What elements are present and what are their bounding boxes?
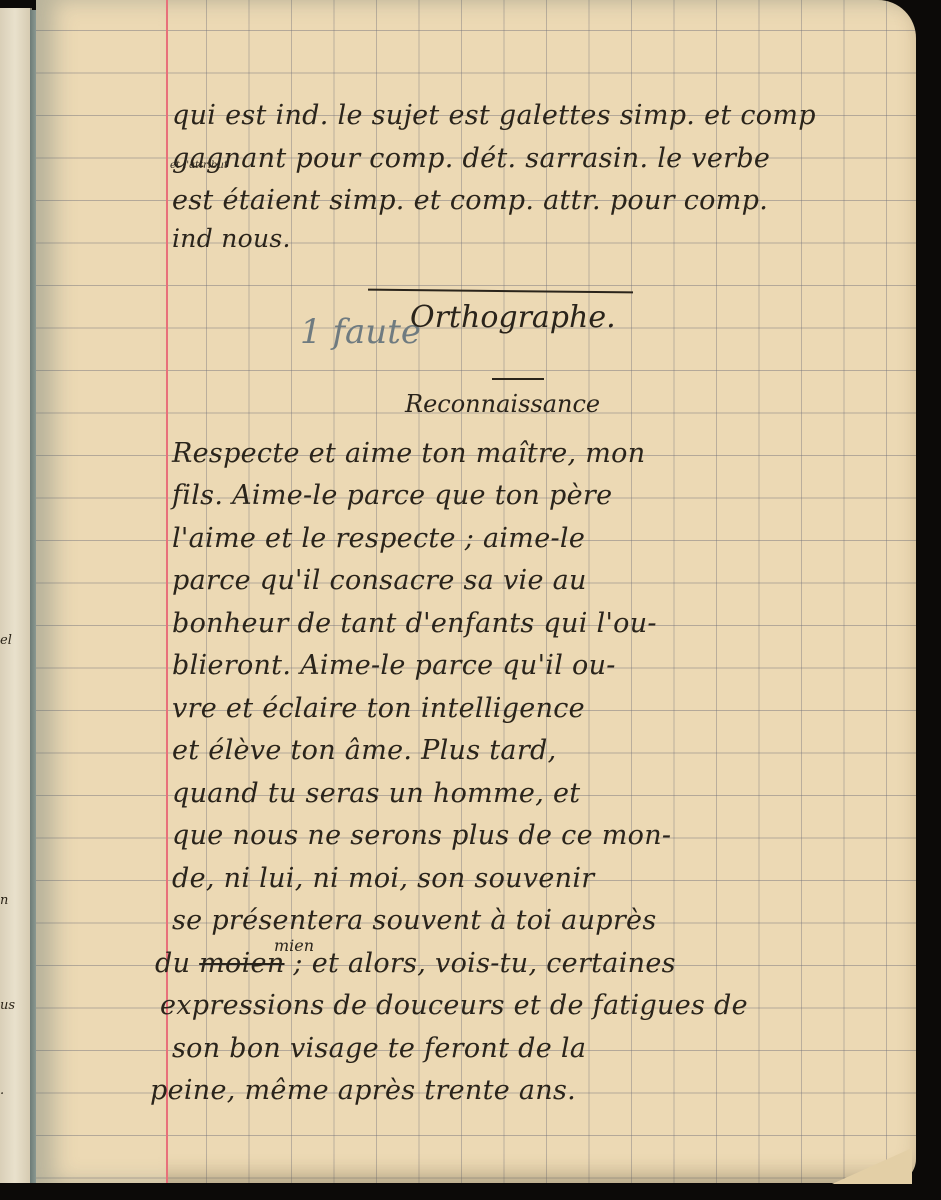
struck-word: moien <box>199 948 284 979</box>
dictation-line: quand tu seras un homme, et <box>172 778 912 809</box>
dictation-line: de, ni lui, ni moi, son souvenir <box>172 863 912 894</box>
left-page-fragment: us <box>0 998 15 1013</box>
dictation-line: expressions de douceurs et de fatigues d… <box>160 990 900 1021</box>
analysis-line: est étaient simp. et comp. attr. pour co… <box>172 185 912 216</box>
dictation-line: blieront. Aime-le parce qu'il ou- <box>172 650 912 681</box>
word-du: du <box>155 948 199 979</box>
dictation-line: et élève ton âme. Plus tard, <box>172 735 912 766</box>
dictation-line-corrected: du moien ; et alors, vois-tu, certaines <box>155 948 895 979</box>
dictation-line: que nous ne serons plus de ce mon- <box>172 820 912 851</box>
line-rest: ; et alors, vois-tu, certaines <box>285 948 676 979</box>
dictation-line: parce qu'il consacre sa vie au <box>172 565 912 596</box>
analysis-line: ind nous. <box>172 224 912 253</box>
dictation-title: Reconnaissance <box>405 390 600 418</box>
exercise-title: Orthographe. <box>410 300 616 335</box>
dictation-line: peine, même après trente ans. <box>150 1075 890 1106</box>
insert-annotation: et l'attribut <box>170 160 228 171</box>
previous-page-edge: el n us . <box>0 8 32 1183</box>
dictation-line: se présentera souvent à toi auprès <box>172 905 912 936</box>
dictation-line: fils. Aime-le parce que ton père <box>172 480 912 511</box>
dictation-line: bonheur de tant d'enfants qui l'ou- <box>172 608 912 639</box>
left-page-fragment: . <box>0 1083 4 1098</box>
left-page-fragment: el <box>0 633 12 648</box>
teacher-grade: 1 faute <box>300 312 421 352</box>
dictation-line: vre et éclaire ton intelligence <box>172 693 912 724</box>
title-separator <box>492 378 544 380</box>
dictation-line: l'aime et le respecte ; aime-le <box>172 523 912 554</box>
analysis-line: qui est ind. le sujet est galettes simp.… <box>172 100 912 131</box>
dictation-line: Respecte et aime ton maître, mon <box>172 438 912 469</box>
left-page-fragment: n <box>0 893 8 908</box>
dictation-line: son bon visage te feront de la <box>172 1033 912 1064</box>
analysis-line: gagnant pour comp. dét. sarrasin. le ver… <box>172 143 912 174</box>
